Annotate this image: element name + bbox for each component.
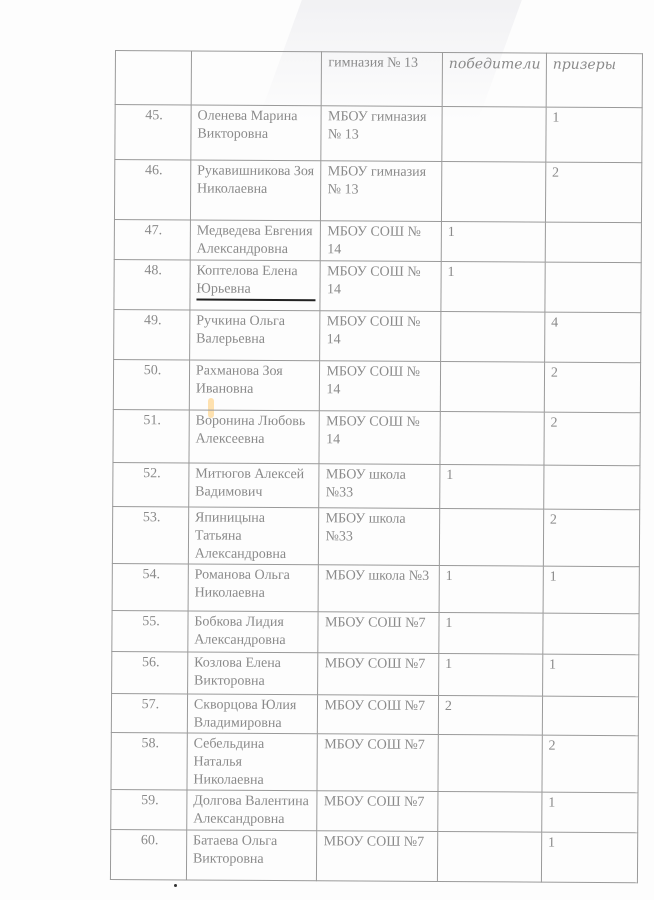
row-prizewinners-cell: 2 [542, 735, 639, 793]
row-name-cell: Себельдина Наталья Николаевна [187, 733, 318, 791]
row-school-cell: МБОУ школа №33 [319, 508, 440, 566]
row-num-cell: 55. [112, 610, 188, 651]
table-row: 52.Митюгов Алексей ВадимовичМБОУ школа №… [113, 462, 640, 509]
header-school-cell: гимназия № 13 [322, 52, 443, 107]
row-prizewinners-cell: 1 [546, 107, 643, 163]
table-row: 57.Скворцова Юлия ВладимировнаМБОУ СОШ №… [111, 693, 638, 735]
row-winners-cell: 1 [439, 565, 543, 613]
row-name-cell: Медведева Евгения Александровна [190, 220, 321, 261]
row-num-cell: 60. [110, 829, 186, 879]
row-num-cell: 47. [114, 219, 190, 259]
row-school-cell: МБОУ СОШ №7 [317, 831, 438, 882]
row-winners-cell [439, 508, 543, 566]
row-prizewinners-cell: 2 [544, 412, 641, 466]
row-num-cell: 51. [113, 409, 189, 462]
scan-dot [174, 884, 177, 887]
row-prizewinners-cell [545, 222, 641, 263]
row-name-cell: Рахманова Зоя Ивановна [189, 360, 320, 411]
row-winners-cell: 1 [441, 261, 545, 312]
row-winners-cell [438, 791, 542, 832]
row-prizewinners-cell: 2 [543, 509, 640, 567]
row-school-cell: МБОУ СОШ № 14 [320, 361, 441, 412]
table-row: 47.Медведева Евгения АлександровнаМБОУ С… [114, 219, 641, 262]
row-winners-cell: 1 [441, 221, 545, 262]
row-school-cell: МБОУ СОШ № 14 [321, 221, 442, 262]
row-num-cell: 54. [112, 563, 188, 610]
row-prizewinners-cell [542, 696, 638, 736]
row-prizewinners-cell [544, 465, 640, 510]
row-winners-cell [442, 106, 546, 162]
row-num-cell: 59. [111, 789, 187, 829]
row-name-cell: Бобкова Лидия Александровна [188, 611, 319, 653]
row-num-cell: 46. [114, 160, 190, 220]
table-row: 55.Бобкова Лидия АлександровнаМБОУ СОШ №… [112, 610, 639, 654]
row-school-cell: МБОУ СОШ №7 [317, 791, 438, 832]
row-school-cell: МБОУ школа №3 [319, 565, 440, 613]
row-num-cell: 57. [111, 693, 187, 732]
row-num-cell: 53. [112, 506, 188, 563]
row-school-cell: МБОУ гимназия № 13 [321, 161, 442, 222]
table-row: 59.Долгова Валентина АлександровнаМБОУ С… [111, 789, 638, 832]
row-num-cell: 48. [114, 259, 190, 309]
row-school-cell: МБОУ гимназия № 13 [321, 106, 442, 162]
row-name-cell: Япиницына Татьяна Александровна [188, 507, 319, 565]
row-winners-cell: 1 [438, 653, 542, 696]
row-winners-cell: 2 [438, 695, 542, 735]
row-prizewinners-cell [545, 262, 641, 313]
row-prizewinners-cell: 1 [542, 654, 638, 697]
row-school-cell: МБОУ СОШ № 14 [320, 261, 441, 312]
row-prizewinners-cell: 1 [541, 832, 637, 883]
row-name-cell: Батаева Ольга Викторовна [186, 830, 317, 881]
row-name-cell: Скворцова Юлия Владимировна [187, 694, 318, 734]
header-prizewinners-cell: призеры [546, 53, 643, 108]
row-winners-cell: 1 [439, 612, 543, 654]
table-row: 60.Батаева Ольга ВикторовнаМБОУ СОШ №71 [110, 829, 637, 882]
row-school-cell: МБОУ СОШ №7 [317, 734, 438, 792]
row-prizewinners-cell: 2 [544, 362, 640, 413]
table-row: 51.Воронина Любовь АлексеевнаМБОУ СОШ № … [113, 409, 640, 465]
row-school-cell: МБОУ СОШ № 14 [320, 311, 441, 362]
row-prizewinners-cell: 2 [545, 162, 642, 223]
row-winners-cell [441, 161, 545, 222]
row-name-cell: Романова Ольга Николаевна [188, 564, 319, 612]
row-winners-cell: 1 [440, 464, 544, 509]
row-prizewinners-cell: 1 [543, 566, 639, 614]
header-winners-cell: победители [442, 52, 546, 107]
table-row: 53.Япиницына Татьяна АлександровнаМБОУ ш… [112, 506, 639, 566]
row-num-cell: 45. [115, 105, 191, 160]
table-row: 58.Себельдина Наталья НиколаевнаМБОУ СОШ… [111, 732, 638, 792]
scanned-page: гимназия № 13 победители призеры 45.Олен… [0, 0, 654, 900]
row-name-cell: Долгова Валентина Александровна [187, 790, 318, 831]
row-school-cell: МБОУ СОШ №7 [318, 695, 439, 735]
row-prizewinners-cell: 4 [544, 312, 640, 363]
row-winners-cell [440, 361, 544, 412]
header-row: гимназия № 13 победители призеры [115, 51, 642, 108]
table-row: 46.Рукавишникова Зоя НиколаевнаМБОУ гимн… [114, 160, 641, 223]
row-name-cell: Коптелова Елена Юрьевна [190, 260, 321, 311]
row-num-cell: 58. [111, 732, 187, 789]
row-num-cell: 50. [113, 359, 189, 409]
table-row: 54.Романова Ольга НиколаевнаМБОУ школа №… [112, 563, 639, 613]
row-name-cell: Митюгов Алексей Вадимович [189, 463, 320, 508]
row-num-cell: 49. [114, 309, 190, 359]
row-winners-cell [438, 734, 542, 792]
row-name-cell: Воронина Любовь Алексеевна [189, 410, 320, 464]
table-row: 56.Козлова Елена ВикторовнаМБОУ СОШ №711 [112, 651, 639, 696]
row-school-cell: МБОУ школа №33 [319, 464, 440, 509]
row-name-cell: Оленева Марина Викторовна [191, 105, 322, 161]
row-school-cell: МБОУ СОШ №7 [318, 653, 439, 696]
table-row: 50.Рахманова Зоя ИвановнаМБОУ СОШ № 142 [113, 359, 640, 412]
header-num-cell [115, 51, 191, 105]
table-row: 45.Оленева Марина ВикторовнаМБОУ гимнази… [115, 105, 642, 163]
row-school-cell: МБОУ СОШ № 14 [319, 411, 440, 465]
row-winners-cell [440, 411, 544, 465]
row-prizewinners-cell [543, 613, 639, 655]
row-name-cell: Ручкина Ольга Валерьевна [190, 310, 321, 361]
row-name-cell: Рукавишникова Зоя Николаевна [190, 160, 321, 221]
header-name-cell [191, 51, 322, 106]
row-name-cell: Козлова Елена Викторовна [187, 652, 318, 695]
row-winners-cell [437, 831, 541, 882]
table-row: 48.Коптелова Елена ЮрьевнаМБОУ СОШ № 141 [114, 259, 641, 312]
row-school-cell: МБОУ СОШ №7 [318, 612, 439, 654]
row-prizewinners-cell: 1 [542, 792, 638, 833]
row-winners-cell [441, 311, 545, 362]
row-num-cell: 56. [112, 651, 188, 693]
row-num-cell: 52. [113, 462, 189, 506]
results-table: гимназия № 13 победители призеры 45.Олен… [110, 50, 643, 883]
table-row: 49.Ручкина Ольга ВалерьевнаМБОУ СОШ № 14… [114, 309, 641, 362]
